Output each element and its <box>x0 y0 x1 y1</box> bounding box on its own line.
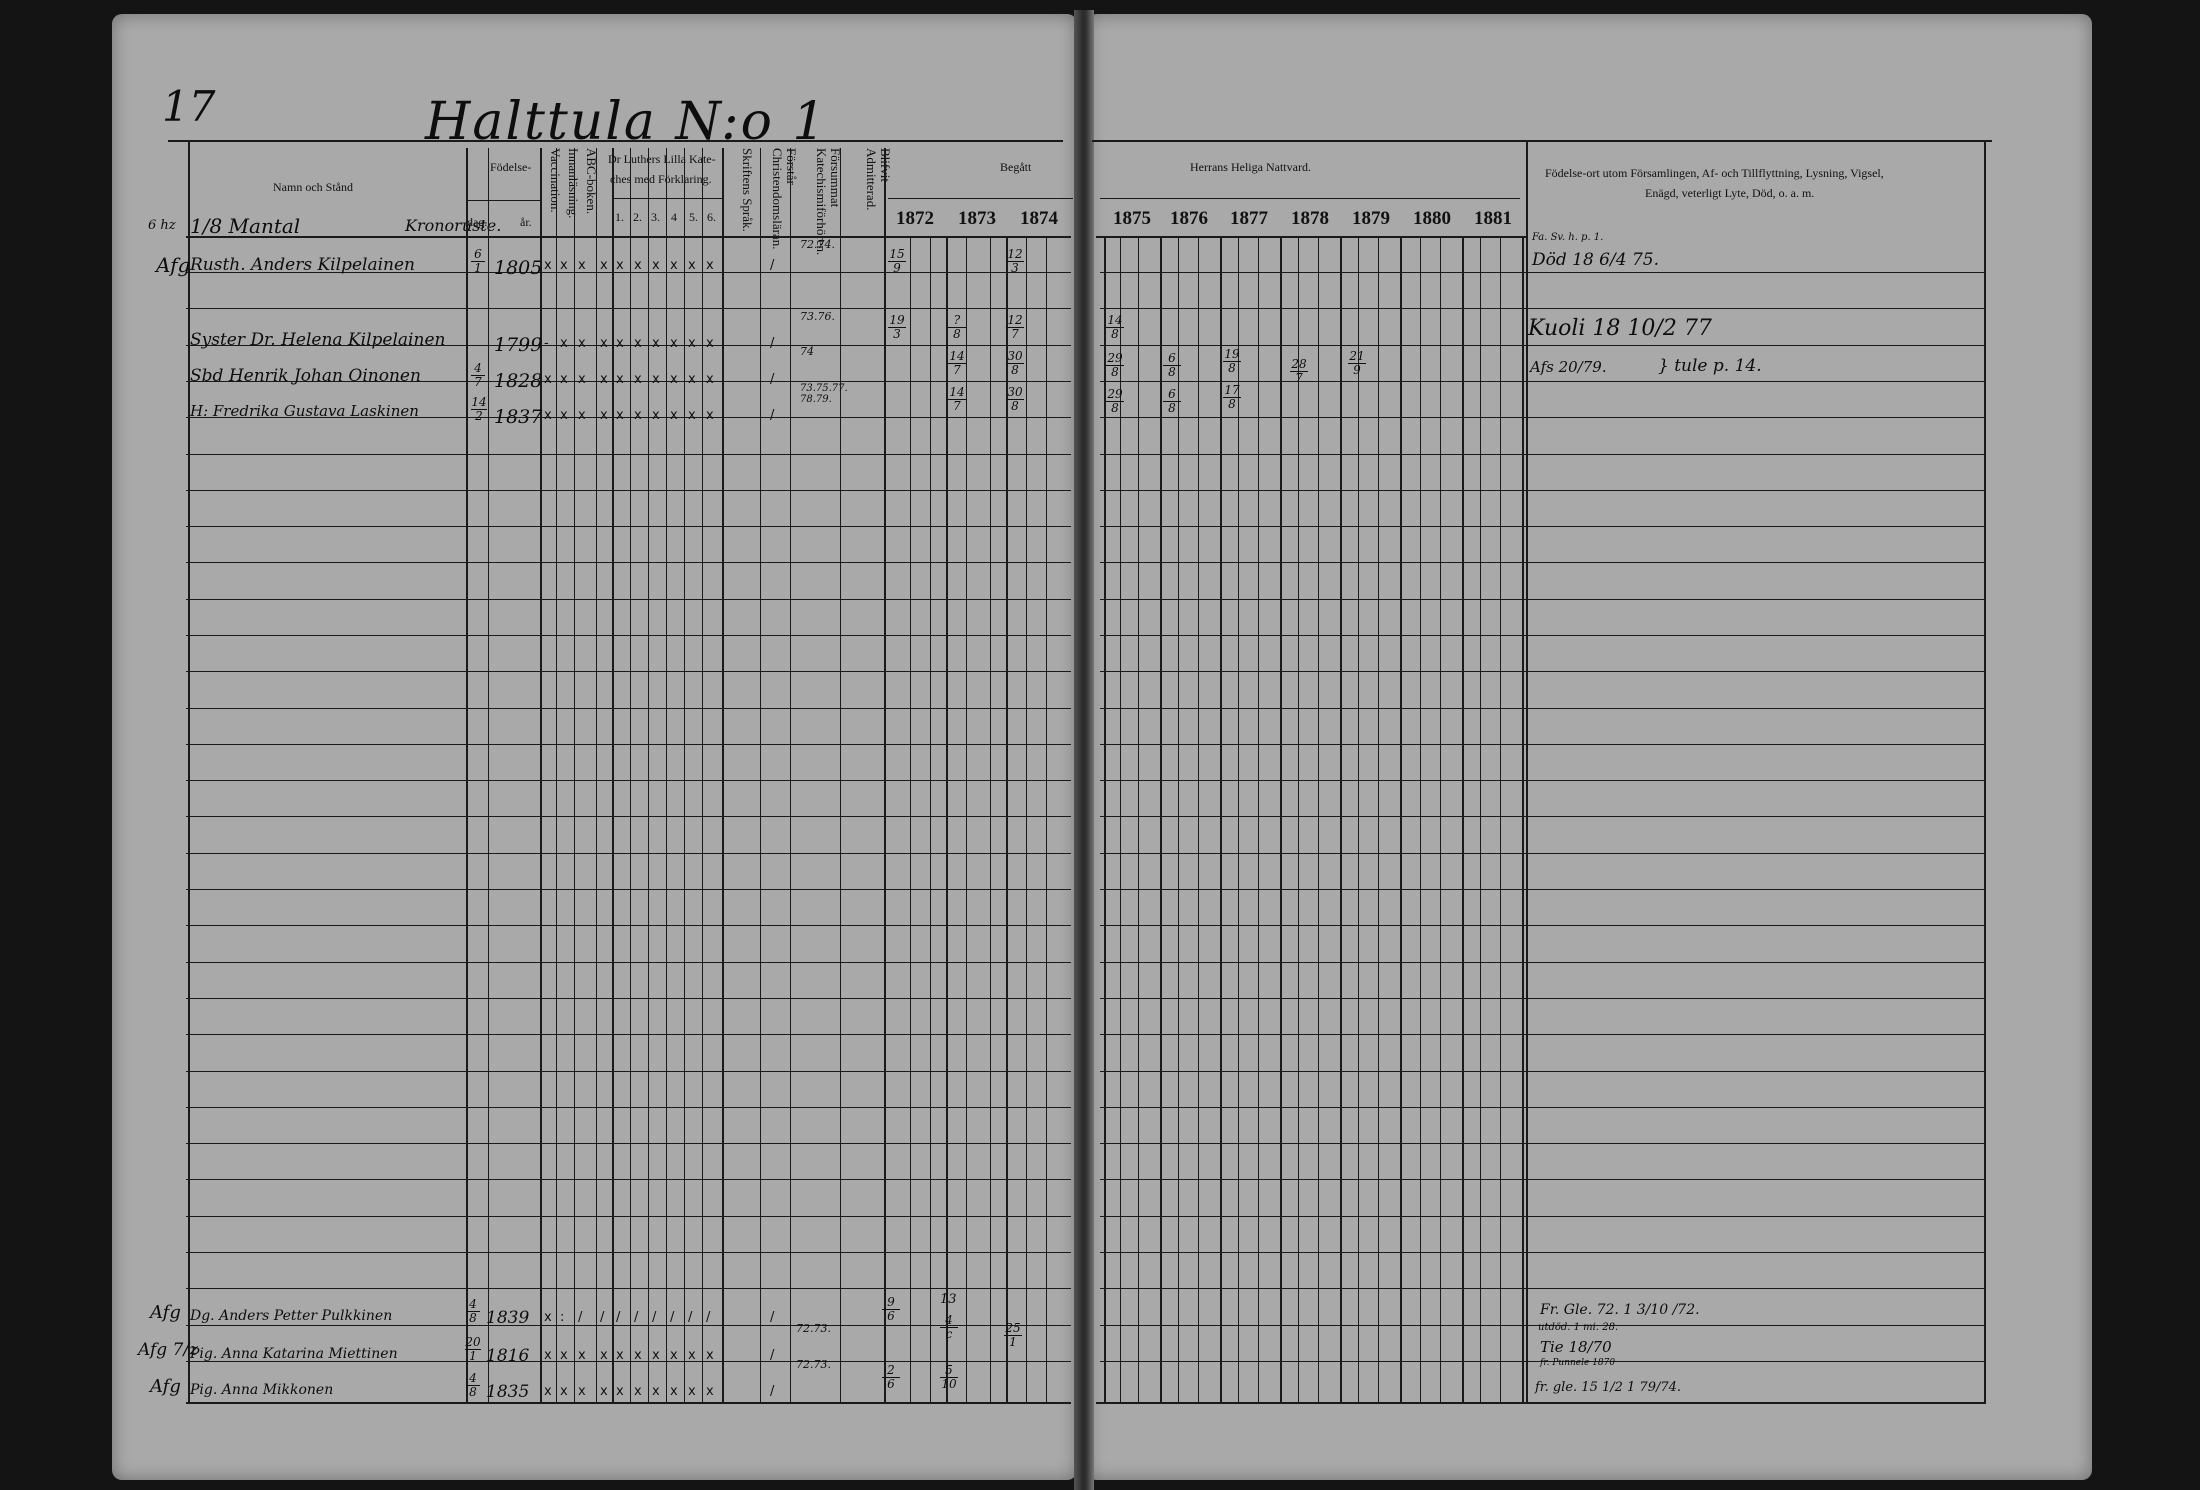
book-gutter <box>1074 10 1094 1490</box>
catechism-mark: x <box>670 372 678 387</box>
grid-vline <box>684 148 685 1402</box>
grid-vline <box>722 148 724 1402</box>
grid-vline <box>574 148 575 1402</box>
row-1-remark-b: Död 18 6/4 75. <box>1532 250 1659 270</box>
page-title: Halttula N:o 1 <box>425 92 828 152</box>
row-4-comm-1874: 308 <box>1006 386 1024 413</box>
header-birth: Födelse- <box>490 160 531 175</box>
grid-vline <box>1378 238 1379 1402</box>
grid-row-rule <box>1100 962 1984 963</box>
row-4-comm-1876: 68 <box>1163 388 1181 415</box>
grid-vline <box>1318 238 1319 1402</box>
bottom-remark-5: fr. gle. 15 1/2 1 79/74. <box>1535 1380 1681 1395</box>
catechism-mark: x <box>688 408 696 423</box>
catechism-mark: x <box>616 408 624 423</box>
grid-row-rule <box>1100 1107 1984 1108</box>
catechism-mark: x <box>600 258 608 273</box>
grid-vline <box>1358 238 1359 1402</box>
row-6-name: Pig. Anna Katarina Miettinen <box>190 1346 398 1362</box>
row-3-comm-1873: 147 <box>948 350 966 377</box>
grid-vline <box>1280 238 1282 1402</box>
row-3-remark-a: Afs 20/79. <box>1530 358 1607 376</box>
catechism-mark: x <box>634 336 642 351</box>
grid-row-rule <box>1100 381 1984 382</box>
catechism-mark: x <box>600 1384 608 1399</box>
grid-vline <box>966 236 967 1402</box>
catechism-mark: x <box>616 372 624 387</box>
row-2-name: Syster Dr. Helena Kilpelainen <box>190 330 445 350</box>
catechism-subrule <box>612 198 722 199</box>
grid-row-rule <box>1100 599 1984 600</box>
row-5-margin: Afg <box>150 1302 181 1323</box>
grid-vline <box>1238 238 1239 1402</box>
grid-row-rule <box>1100 308 1984 309</box>
grid-row-rule <box>186 744 1071 745</box>
catechism-mark: x <box>688 1384 696 1399</box>
catechism-mark: x <box>544 258 552 273</box>
year-1873: 1873 <box>958 208 996 230</box>
catechism-mark: x <box>706 336 714 351</box>
grid-row-rule <box>1100 853 1984 854</box>
row-5-name: Dg. Anders Petter Pulkkinen <box>190 1308 392 1324</box>
row-2-comm-1873: ?8 <box>948 314 966 341</box>
grid-vline <box>596 148 597 1402</box>
grid-vline <box>1198 238 1199 1402</box>
grid-vline <box>556 148 557 1402</box>
catechism-mark: x <box>544 408 552 423</box>
catechism-mark: x <box>634 372 642 387</box>
grid-row-rule <box>1100 1071 1984 1072</box>
grid-row-rule <box>186 1071 1071 1072</box>
header-understands: Förstår Christendomsläran. <box>768 148 798 233</box>
row-6-birth-year: 1816 <box>486 1346 529 1366</box>
begatt-rule <box>888 198 1073 199</box>
header-scripture: Skriftens Språk. <box>740 148 754 233</box>
row-4-name: H: Fredrika Gustava Laskinen <box>190 402 419 420</box>
remarks-right-edge <box>1984 140 1986 1402</box>
grid-row-rule <box>186 780 1071 781</box>
grid-row-rule <box>186 816 1071 817</box>
grid-row-rule <box>186 562 1071 563</box>
row-3-comm-1876: 68 <box>1163 352 1181 379</box>
grid-row-rule <box>186 635 1071 636</box>
catechism-part-1: 1. <box>615 210 624 225</box>
catechism-mark: x <box>688 372 696 387</box>
header-remarks-2: Enägd, veterligt Lyte, Död, o. a. m. <box>1645 186 1814 201</box>
grid-vline <box>930 236 931 1402</box>
header-catechism-2: ches med Förklaring. <box>610 172 712 187</box>
year-1879: 1879 <box>1352 208 1390 230</box>
grid-row-rule <box>1100 417 1984 418</box>
catechism-mark: x <box>544 1310 552 1325</box>
catechism-mark: x <box>616 258 624 273</box>
grid-vline <box>1400 238 1402 1402</box>
grid-vline <box>648 148 649 1402</box>
bottom-remark-1: Fr. Gle. 72. 1 3/10 /72. <box>1540 1302 1700 1318</box>
row-4-birth-year: 1837 <box>494 406 542 428</box>
catechism-mark: x <box>544 1384 552 1399</box>
grid-vline <box>1440 238 1441 1402</box>
row-3-notes: 74 <box>800 345 814 358</box>
catechism-part-5: 5. <box>689 210 698 225</box>
row-3-comm-1874: 308 <box>1006 350 1024 377</box>
catechism-mark: x <box>670 408 678 423</box>
grid-row-rule <box>186 925 1071 926</box>
understands-mark: / <box>770 258 774 273</box>
catechism-mark: x <box>600 372 608 387</box>
row-1-notes: 72.74. <box>800 238 835 251</box>
header-remarks-1: Födelse-ort utom Församlingen, Af- och T… <box>1545 166 1884 181</box>
grid-vline <box>1340 238 1342 1402</box>
year-1878: 1878 <box>1291 208 1329 230</box>
grid-vline <box>1046 236 1047 1402</box>
row-1-birth-day: 61 <box>471 248 485 275</box>
understands-mark: / <box>770 372 774 387</box>
catechism-mark: x <box>652 1384 660 1399</box>
row-7-comm-1872: 26 <box>882 1364 900 1391</box>
header-reading: Innanläsning. <box>566 148 580 233</box>
grid-row-rule <box>186 1216 1071 1217</box>
grid-vline <box>466 148 468 1402</box>
grid-row-rule <box>1100 490 1984 491</box>
catechism-mark: x <box>706 408 714 423</box>
grid-vline <box>990 236 991 1402</box>
grid-row-rule <box>186 1179 1071 1180</box>
grid-row-rule <box>186 1107 1071 1108</box>
grid-vline <box>1462 238 1464 1402</box>
grid-row-rule <box>1100 1216 1984 1217</box>
row-2-birth-year: 1799 <box>494 334 542 356</box>
catechism-mark: x <box>578 372 586 387</box>
catechism-part-4: 4 <box>671 210 677 225</box>
catechism-mark: x <box>670 258 678 273</box>
household-margin: 6 hz <box>148 218 176 233</box>
grid-vline <box>760 148 761 1402</box>
grid-row-rule <box>186 490 1071 491</box>
row-5-birth-day: 48 <box>466 1298 480 1325</box>
grid-row-rule <box>1100 1179 1984 1180</box>
grid-vline <box>884 148 886 1402</box>
bottom-remark-2: utdöd. 1 mi. 28. <box>1538 1322 1618 1333</box>
catechism-mark: / <box>670 1310 674 1325</box>
catechism-mark: x <box>578 408 586 423</box>
grid-row-rule <box>1100 998 1984 999</box>
page-number: 17 <box>162 82 215 131</box>
bottom-remark-4: fr. Punnele 1870 <box>1540 1358 1615 1368</box>
catechism-mark: x <box>670 1384 678 1399</box>
grid-vline <box>1258 238 1259 1402</box>
year-1875: 1875 <box>1113 208 1151 230</box>
grid-row-rule <box>1100 889 1984 890</box>
row-2-remark: Kuoli 18 10/2 77 <box>1528 316 1712 341</box>
grid-vline <box>1480 238 1481 1402</box>
row-5-comm-1872: 96 <box>882 1296 900 1323</box>
grid-row-rule <box>1100 1252 1984 1253</box>
catechism-mark: x <box>652 258 660 273</box>
header-admitted: Blifvit Admitterad. <box>862 148 892 233</box>
grid-row-rule <box>1100 562 1984 563</box>
catechism-mark: x <box>578 1384 586 1399</box>
grid-row-rule <box>1100 635 1984 636</box>
communion-rule <box>1100 198 1520 199</box>
grid-vline <box>840 148 841 1402</box>
grid-row-rule <box>186 454 1071 455</box>
grid-vline <box>1298 238 1299 1402</box>
row-1-name: Rusth. Anders Kilpelainen <box>190 255 415 275</box>
catechism-mark: x <box>560 336 568 351</box>
household-type: Kronoruste. <box>405 216 501 235</box>
catechism-mark: x <box>544 372 552 387</box>
household-mantal: 1/8 Mantal <box>190 214 300 238</box>
catechism-mark: x <box>688 258 696 273</box>
grid-row-rule <box>186 1288 1071 1289</box>
grid-row-rule <box>186 526 1071 527</box>
catechism-mark: - <box>544 336 549 351</box>
catechism-mark: x <box>652 336 660 351</box>
grid-row-rule <box>186 599 1071 600</box>
grid-row-rule <box>186 889 1071 890</box>
row-2-notes: 73.76. <box>800 310 835 323</box>
row-6-notes: 72.73. <box>796 1322 831 1335</box>
catechism-mark: : <box>560 1310 564 1325</box>
row-6-comm-1874: 251 <box>1004 1322 1022 1349</box>
grid-bottom-rule <box>186 1402 1071 1404</box>
grid-vline <box>702 148 703 1402</box>
row-1-comm-1874: 123 <box>1006 248 1024 275</box>
row-6-birth-day: 201 <box>465 1336 481 1363</box>
grid-vline <box>910 236 911 1402</box>
grid-row-rule <box>186 1143 1071 1144</box>
header-communion: Herrans Heliga Nattvard. <box>1190 160 1311 175</box>
grid-vline <box>1500 238 1501 1402</box>
row-3-name: Sbd Henrik Johan Oinonen <box>190 366 421 386</box>
grid-vline <box>666 148 667 1402</box>
year-1872: 1872 <box>896 208 934 230</box>
grid-bottom-rule <box>1096 1402 1986 1404</box>
catechism-mark: x <box>578 336 586 351</box>
catechism-mark: x <box>652 408 660 423</box>
catechism-mark: x <box>652 372 660 387</box>
understands-mark: / <box>770 1348 774 1363</box>
grid-vline <box>488 148 489 1402</box>
row-4-comm-1875: 298 <box>1106 388 1124 415</box>
catechism-mark: x <box>688 1348 696 1363</box>
catechism-mark: x <box>616 1348 624 1363</box>
grid-row-rule <box>186 998 1071 999</box>
grid-vline <box>1220 238 1222 1402</box>
row-1-birth-year: 1805 <box>494 257 542 279</box>
grid-row-rule <box>1100 671 1984 672</box>
row-6-comm-1873: 4c <box>940 1314 958 1341</box>
catechism-mark: x <box>600 408 608 423</box>
grid-vline <box>1160 238 1162 1402</box>
row-1-margin: Afg <box>156 253 190 277</box>
household-rule <box>186 236 1071 238</box>
grid-row-rule <box>1100 1034 1984 1035</box>
header-name: Namn och Stånd <box>273 180 353 195</box>
catechism-mark: x <box>560 408 568 423</box>
catechism-part-3: 3. <box>651 210 660 225</box>
catechism-mark: x <box>600 1348 608 1363</box>
grid-vline <box>1522 238 1524 1402</box>
catechism-mark: x <box>560 372 568 387</box>
catechism-mark: x <box>634 408 642 423</box>
grid-vline <box>612 148 614 1402</box>
catechism-mark: / <box>600 1310 604 1325</box>
grid-row-rule <box>1100 526 1984 527</box>
grid-vline <box>1138 238 1139 1402</box>
catechism-mark: x <box>578 1348 586 1363</box>
row-7-margin: Afg <box>150 1376 181 1397</box>
catechism-mark: x <box>578 258 586 273</box>
row-5-birth-year: 1839 <box>486 1308 529 1328</box>
catechism-mark: x <box>670 336 678 351</box>
grid-row-rule <box>186 1034 1071 1035</box>
catechism-mark: x <box>706 258 714 273</box>
row-2-comm-1872: 193 <box>888 314 906 341</box>
understands-mark: / <box>770 408 774 423</box>
catechism-part-2: 2. <box>633 210 642 225</box>
header-missed: Försummat Katechismiförhören. <box>812 148 842 233</box>
catechism-mark: x <box>560 258 568 273</box>
grid-row-rule <box>1100 1143 1984 1144</box>
grid-vline <box>630 148 631 1402</box>
grid-vline <box>1026 236 1027 1402</box>
catechism-mark: x <box>600 336 608 351</box>
row-5-comm-1873: 13 <box>940 1292 957 1307</box>
catechism-mark: x <box>560 1348 568 1363</box>
catechism-mark: x <box>706 1384 714 1399</box>
grid-row-rule <box>1100 1288 1984 1289</box>
catechism-mark: x <box>706 372 714 387</box>
year-1880: 1880 <box>1413 208 1451 230</box>
row-4-birth-day: 142 <box>471 396 487 423</box>
catechism-part-6: 6. <box>707 210 716 225</box>
grid-row-rule <box>186 308 1071 309</box>
row-7-comm-1873: 510 <box>940 1364 958 1391</box>
catechism-mark: x <box>616 1384 624 1399</box>
catechism-mark: x <box>670 1348 678 1363</box>
grid-vline <box>1420 238 1421 1402</box>
understands-mark: / <box>770 1384 774 1399</box>
header-top-rule-right <box>1092 140 1992 142</box>
grid-row-rule <box>186 671 1071 672</box>
header-top-rule <box>168 140 1063 142</box>
row-3-comm-1879: 219 <box>1348 350 1366 377</box>
grid-row-rule <box>1100 744 1984 745</box>
row-4-comm-1877: 178 <box>1223 384 1241 411</box>
grid-row-rule <box>186 853 1071 854</box>
grid-row-rule <box>1100 345 1984 346</box>
year-1874: 1874 <box>1020 208 1058 230</box>
year-1876: 1876 <box>1170 208 1208 230</box>
row-3-comm-1875: 298 <box>1106 352 1124 379</box>
grid-row-rule <box>1100 454 1984 455</box>
row-3-birth-year: 1828 <box>494 370 542 392</box>
grid-row-rule <box>1100 272 1984 273</box>
row-1-remark-a: Fa. Sv. h. p. 1. <box>1532 232 1603 243</box>
bottom-remark-3: Tie 18/70 <box>1540 1338 1612 1356</box>
birth-subrule <box>466 200 540 201</box>
catechism-mark: x <box>634 258 642 273</box>
grid-row-rule <box>186 1325 1071 1326</box>
row-1-comm-1872: 159 <box>888 248 906 275</box>
row-3-comm-1877: 198 <box>1223 348 1241 375</box>
catechism-mark: x <box>544 1348 552 1363</box>
year-1881: 1881 <box>1474 208 1512 230</box>
grid-vline <box>790 148 791 1402</box>
row-3-comm-1878: 287 <box>1290 358 1308 385</box>
header-birth-year: år. <box>520 215 532 230</box>
grid-row-rule <box>1100 780 1984 781</box>
header-catechism-1: Dr Luthers Lilla Kate- <box>608 152 716 167</box>
catechism-mark: x <box>634 1384 642 1399</box>
header-begatt: Begått <box>1000 160 1031 175</box>
row-4-notes: 73.75.77. 78.79. <box>800 383 850 405</box>
catechism-mark: x <box>688 336 696 351</box>
grid-row-rule <box>186 1252 1071 1253</box>
catechism-mark: x <box>634 1348 642 1363</box>
row-4-comm-1873: 147 <box>948 386 966 413</box>
row-7-notes: 72.73. <box>796 1358 831 1371</box>
grid-row-rule <box>186 708 1071 709</box>
row-2-comm-1874: 127 <box>1006 314 1024 341</box>
row-3-remark-b: } tule p. 14. <box>1658 356 1762 376</box>
grid-row-rule <box>1100 816 1984 817</box>
grid-row-rule <box>186 962 1071 963</box>
year-1877: 1877 <box>1230 208 1268 230</box>
grid-row-rule <box>1100 708 1984 709</box>
catechism-mark: x <box>560 1384 568 1399</box>
catechism-mark: / <box>578 1310 582 1325</box>
catechism-mark: / <box>616 1310 620 1325</box>
catechism-mark: / <box>634 1310 638 1325</box>
grid-row-rule <box>1100 925 1984 926</box>
catechism-mark: / <box>706 1310 710 1325</box>
row-7-birth-day: 48 <box>466 1372 480 1399</box>
catechism-mark: / <box>688 1310 692 1325</box>
understands-mark: / <box>770 336 774 351</box>
catechism-mark: / <box>652 1310 656 1325</box>
row-2-comm-1875: 148 <box>1106 314 1124 341</box>
catechism-mark: x <box>616 336 624 351</box>
header-vaccination: Vaccination. <box>548 148 562 233</box>
catechism-mark: x <box>652 1348 660 1363</box>
row-7-name: Pig. Anna Mikkonen <box>190 1382 333 1398</box>
understands-mark: / <box>770 1310 774 1325</box>
row-7-birth-year: 1835 <box>486 1382 529 1402</box>
row-3-birth-day: 47 <box>471 362 485 389</box>
catechism-mark: x <box>706 1348 714 1363</box>
